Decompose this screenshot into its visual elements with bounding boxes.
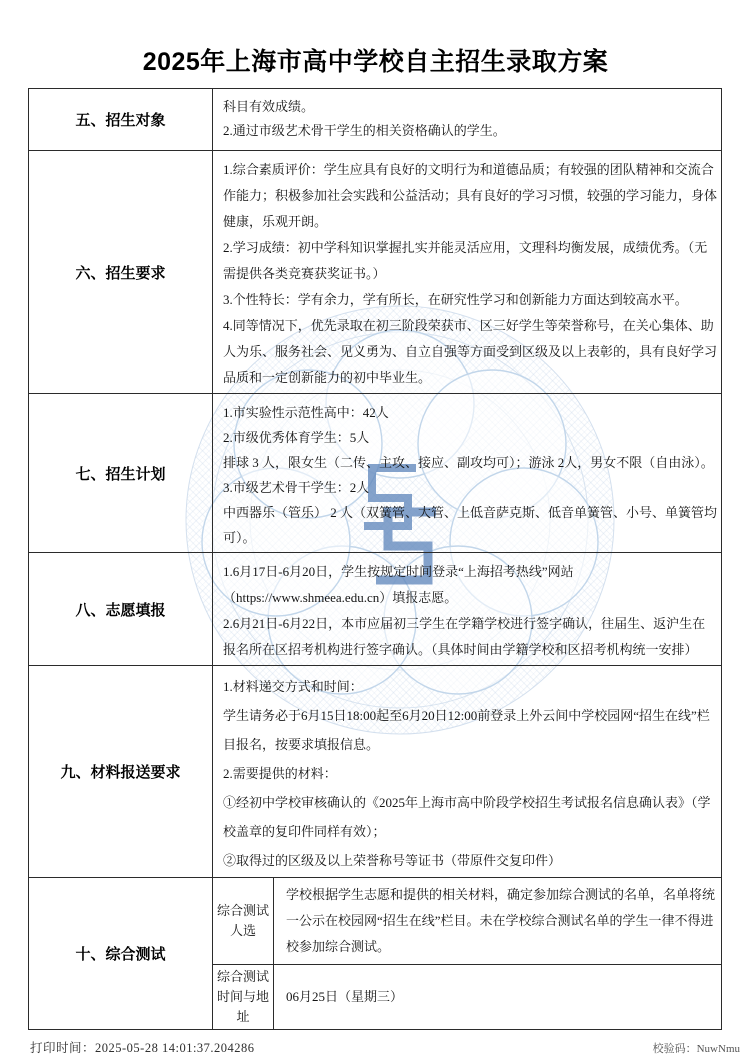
content-line: （https://www.shmeea.edu.cn）填报志愿。 [223,585,717,611]
content-line: ②取得过的区级及以上荣誉称号等证书（带原件交复印件） [223,846,717,875]
row-header: 八、志愿填报 [29,553,213,666]
sub-row-label: 综合测试时间与地址 [213,965,274,1030]
row-content: 1.综合素质评价：学生应具有良好的文明行为和道德品质；有较强的团队精神和交流合作… [213,151,722,394]
content-line: 1.市实验性示范性高中：42人 [223,400,717,425]
content-line: 2.6月21日-6月22日，本市应届初三学生在学籍学校进行签字确认，往届生、返沪… [223,611,717,663]
content-line: 2.学习成绩：初中学科知识掌握扎实并能灵活应用，文理科均衡发展，成绩优秀。（无需… [223,235,717,287]
content-line: 3.个性特长：学有余力，学有所长，在研究性学习和创新能力方面达到较高水平。 [223,287,717,313]
row-header: 十、综合测试 [29,878,213,1030]
row-content: 1.材料递交方式和时间： 学生请务必于6月15日18:00起至6月20日12:0… [213,666,722,878]
content-line: 1.综合素质评价：学生应具有良好的文明行为和道德品质；有较强的团队精神和交流合作… [223,157,717,235]
content-line: 1.6月17日-6月20日，学生按规定时间登录“上海招考热线”网站 [223,559,717,585]
row-header: 五、招生对象 [29,89,213,151]
page-title: 2025年上海市高中学校自主招生录取方案 [0,42,751,78]
sub-row-content: 06月25日（星期三） [274,965,722,1030]
row-content: 1.市实验性示范性高中：42人 2.市级优秀体育学生：5人 排球 3 人，限女生… [213,394,722,553]
row-header: 九、材料报送要求 [29,666,213,878]
content-line: 4.同等情况下，优先录取在初三阶段荣获市、区三好学生等荣誉称号，在关心集体、助人… [223,313,717,391]
table-row-enrollment-target: 五、招生对象 科目有效成绩。 2.通过市级艺术骨干学生的相关资格确认的学生。 [29,89,722,151]
print-time: 打印时间：2025-05-28 14:01:37.204286 [30,1038,255,1056]
checksum-value: NuwNmu [697,1043,740,1055]
content-line: ①经初中学校审核确认的《2025年上海市高中阶段学校招生考试报名信息确认表》（学… [223,788,717,846]
table-row-enrollment-requirements: 六、招生要求 1.综合素质评价：学生应具有良好的文明行为和道德品质；有较强的团队… [29,151,722,394]
content-line: 中西器乐（管乐） 2 人（双簧管、大管、上低音萨克斯、低音单簧管、小号、单簧管均… [223,500,717,550]
print-time-label: 打印时间： [30,1041,95,1055]
checksum: 校验码：NuwNmu [653,1040,740,1056]
content-line: 3.市级艺术骨干学生：2人 [223,475,717,500]
table-row-comprehensive-test-candidates: 十、综合测试 综合测试人选 学校根据学生志愿和提供的相关材料，确定参加综合测试的… [29,878,722,965]
sub-row-label: 综合测试人选 [213,878,274,965]
checksum-label: 校验码： [653,1043,697,1055]
content-line: 2.通过市级艺术骨干学生的相关资格确认的学生。 [223,119,717,143]
row-content: 1.6月17日-6月20日，学生按规定时间登录“上海招考热线”网站 （https… [213,553,722,666]
row-content: 科目有效成绩。 2.通过市级艺术骨干学生的相关资格确认的学生。 [213,89,722,151]
content-line: 排球 3 人，限女生（二传、主攻、接应、副攻均可）；游泳 2人，男女不限（自由泳… [223,450,717,475]
content-line: 2.市级优秀体育学生：5人 [223,425,717,450]
sub-row-content: 学校根据学生志愿和提供的相关材料，确定参加综合测试的名单，名单将统一公示在校园网… [274,878,722,965]
table-row-application: 八、志愿填报 1.6月17日-6月20日，学生按规定时间登录“上海招考热线”网站… [29,553,722,666]
content-line: 学生请务必于6月15日18:00起至6月20日12:00前登录上外云间中学校园网… [223,701,717,759]
content-line: 科目有效成绩。 [223,95,717,119]
print-time-value: 2025-05-28 14:01:37.204286 [95,1041,255,1055]
content-line: 1.材料递交方式和时间： [223,672,717,701]
row-header: 六、招生要求 [29,151,213,394]
content-line: 2.需要提供的材料： [223,759,717,788]
table-row-material-submission: 九、材料报送要求 1.材料递交方式和时间： 学生请务必于6月15日18:00起至… [29,666,722,878]
table-row-enrollment-plan: 七、招生计划 1.市实验性示范性高中：42人 2.市级优秀体育学生：5人 排球 … [29,394,722,553]
enrollment-plan-table: 五、招生对象 科目有效成绩。 2.通过市级艺术骨干学生的相关资格确认的学生。 六… [28,88,722,1030]
row-header: 七、招生计划 [29,394,213,553]
